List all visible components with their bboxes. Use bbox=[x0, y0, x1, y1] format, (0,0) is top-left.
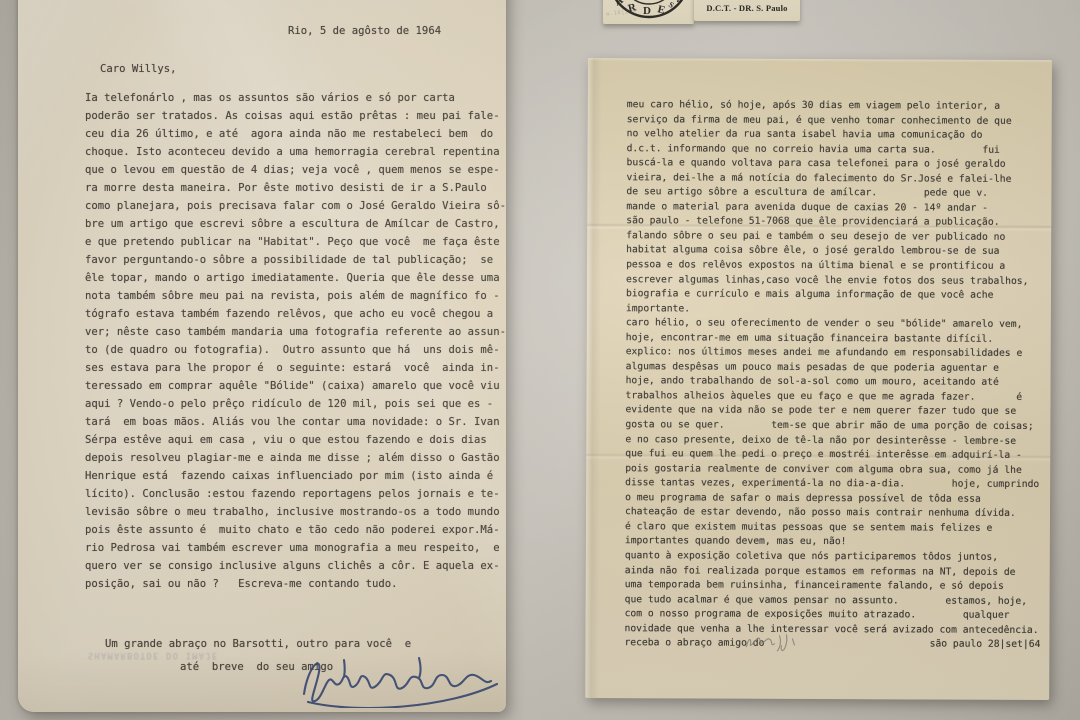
right-letter-paper: meu caro hélio, só hoje, após 30 dias em… bbox=[585, 58, 1052, 700]
willys-pencil-signature bbox=[742, 631, 804, 657]
left-letter-body: Ia telefonárlo , mas os assuntos são vár… bbox=[85, 89, 506, 593]
svg-text:D: D bbox=[643, 5, 651, 17]
left-letter-greeting: Caro Willys, bbox=[100, 60, 177, 78]
right-letter-closing-row: receba o abraço amigo do são paulo 28|se… bbox=[624, 636, 1040, 656]
right-letter-date: são paulo 28|set|64 bbox=[930, 637, 1041, 652]
left-letter-date: Rio, 5 de agôsto de 1964 bbox=[288, 22, 441, 40]
dct-card: D.C.T. - DR. S. Paulo bbox=[694, 0, 800, 21]
photo-of-two-letters: A R D E S V w.10|23b D.C.T. - DR. S. Pau… bbox=[0, 0, 1080, 720]
helio-oiticica-signature bbox=[298, 650, 505, 708]
postmark-card: A R D E S V w.10|23b bbox=[603, 0, 694, 24]
right-letter-body: meu caro hélio, só hoje, após 30 dias em… bbox=[624, 98, 1040, 638]
left-letter-paper: Rio, 5 de agôsto de 1964 Caro Willys, Ia… bbox=[18, 0, 506, 712]
dct-card-label: D.C.T. - DR. S. Paulo bbox=[706, 3, 787, 13]
